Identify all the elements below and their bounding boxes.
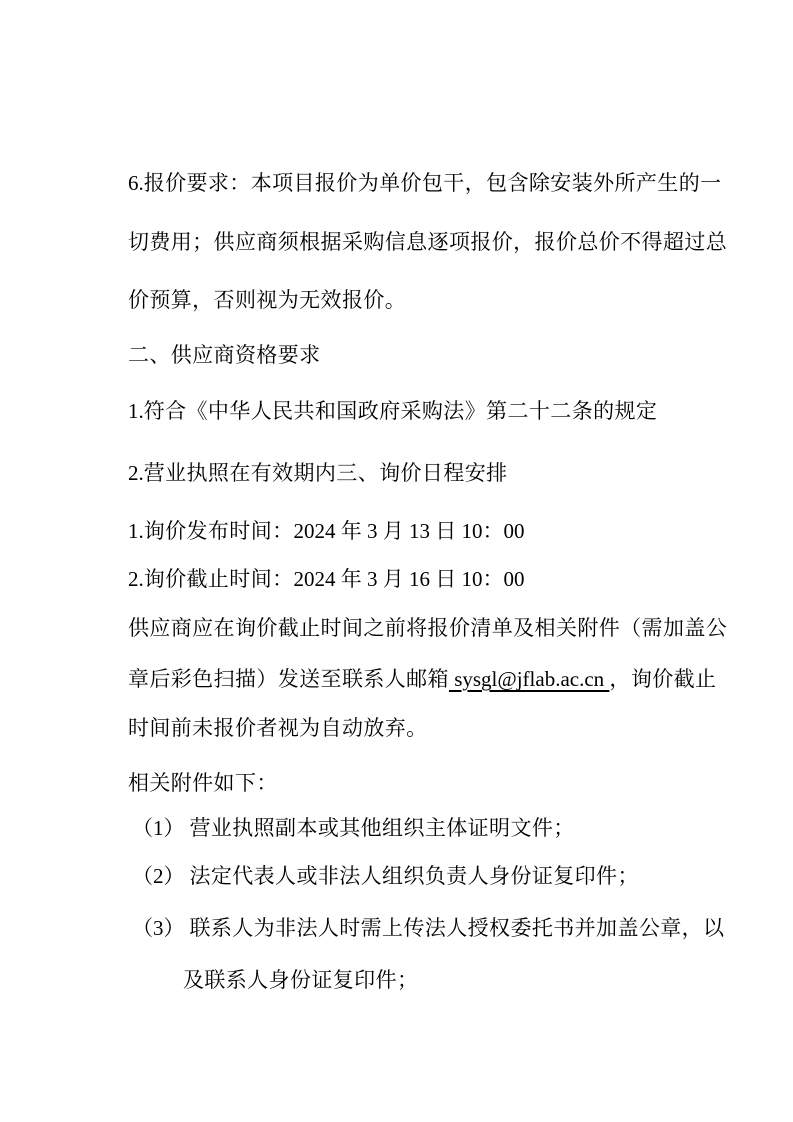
serial-prefix: 6. [128,171,144,195]
serial-prefix: 1. [128,399,144,423]
line-text: 供应商应在询价截止时间之前将报价清单及相关附件（需加盖公 [128,617,727,640]
line-text: 营业执照在有效期内三、询价日程安排 [144,462,508,485]
serial-prefix: 2. [128,461,144,485]
line-text: 符合《中华人民共和国政府采购法》第二十二条的规定 [144,400,658,423]
line-text: 法定代表人或非法人组织负责人身份证复印件； [189,865,638,888]
item-number-label: （2） [132,864,185,888]
serial-prefix: 2. [128,567,144,591]
line-text: 及联系人身份证复印件； [183,969,418,992]
line-text: 章后彩色扫描）发送至联系人邮箱 [128,668,449,691]
line-text: 切费用；供应商须根据采购信息逐项报价，报价总价不得超过总 [128,231,727,254]
line-text: 二、供应商资格要求 [128,344,321,367]
line-text: 询价截止时间： [144,568,294,591]
line-attachment-3b: 及联系人身份证复印件； [158,942,418,1020]
item-number-label: （3） [132,916,185,940]
line-text: ，询价截止 [609,668,716,691]
line-text: 时间前未报价者视为自动放弃。 [128,717,428,740]
line-text: 联系人为非法人时需上传法人授权委托书并加盖公章，以 [189,917,724,940]
deadline-datetime: 2024 年 3 月 16 日 10：00 [294,567,525,591]
line-text: 报价要求：本项目报价为单价包干，包含除安装外所产生的一 [144,172,722,195]
email-underline: sysgl@jflab.ac.cn [449,667,609,691]
line-text: 价预算，否则视为无效报价。 [128,289,406,312]
document-page: 6.报价要求：本项目报价为单价包干，包含除安装外所产生的一 切费用；供应商须根据… [0,0,793,1122]
